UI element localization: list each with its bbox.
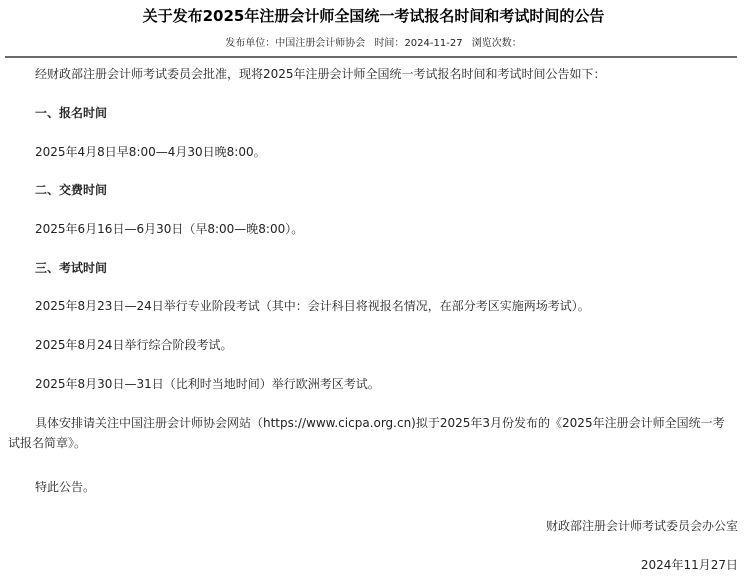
closing-paragraph: 特此公告。	[8, 477, 738, 497]
section-heading-payment: 二、交费时间	[8, 180, 738, 200]
payment-time: 2025年6月16日—6月30日（早8:00—晚8:00）。	[8, 219, 738, 239]
signature-date: 2024年11月27日	[641, 555, 738, 575]
article-title: 关于发布2025年注册会计师全国统一考试报名时间和考试时间的公告	[0, 6, 747, 26]
section-heading-registration: 一、报名时间	[8, 103, 738, 123]
notice-paragraph: 具体安排请关注中国注册会计师协会网站（https://www.cicpa.org…	[8, 413, 730, 453]
publisher-label: 发布单位：	[225, 38, 275, 49]
time-info: 时间：2024-11-27	[374, 38, 462, 49]
signature: 财政部注册会计师考试委员会办公室	[546, 516, 738, 536]
article-meta: 发布单位：中国注册会计师协会 时间：2024-11-27 浏览次数：	[0, 37, 747, 51]
exam-time-professional: 2025年8月23日—24日举行专业阶段考试（其中：会计科目将视报名情况，在部分…	[8, 296, 738, 316]
views-info: 浏览次数：	[472, 38, 522, 49]
section-heading-exam: 三、考试时间	[8, 258, 738, 278]
views-label: 浏览次数：	[472, 38, 522, 49]
time-label: 时间：	[374, 38, 404, 49]
intro-paragraph: 经财政部注册会计师考试委员会批准，现将2025年注册会计师全国统一考试报名时间和…	[8, 64, 738, 84]
registration-time: 2025年4月8日早8:00—4月30日晚8:00。	[8, 142, 738, 162]
time-value: 2024-11-27	[404, 38, 462, 49]
title-divider	[5, 56, 737, 58]
exam-time-europe: 2025年8月30日—31日（比利时当地时间）举行欧洲考区考试。	[8, 374, 738, 394]
publisher-info: 发布单位：中国注册会计师协会	[225, 38, 365, 49]
exam-time-comprehensive: 2025年8月24日举行综合阶段考试。	[8, 335, 738, 355]
publisher-value: 中国注册会计师协会	[275, 38, 365, 49]
